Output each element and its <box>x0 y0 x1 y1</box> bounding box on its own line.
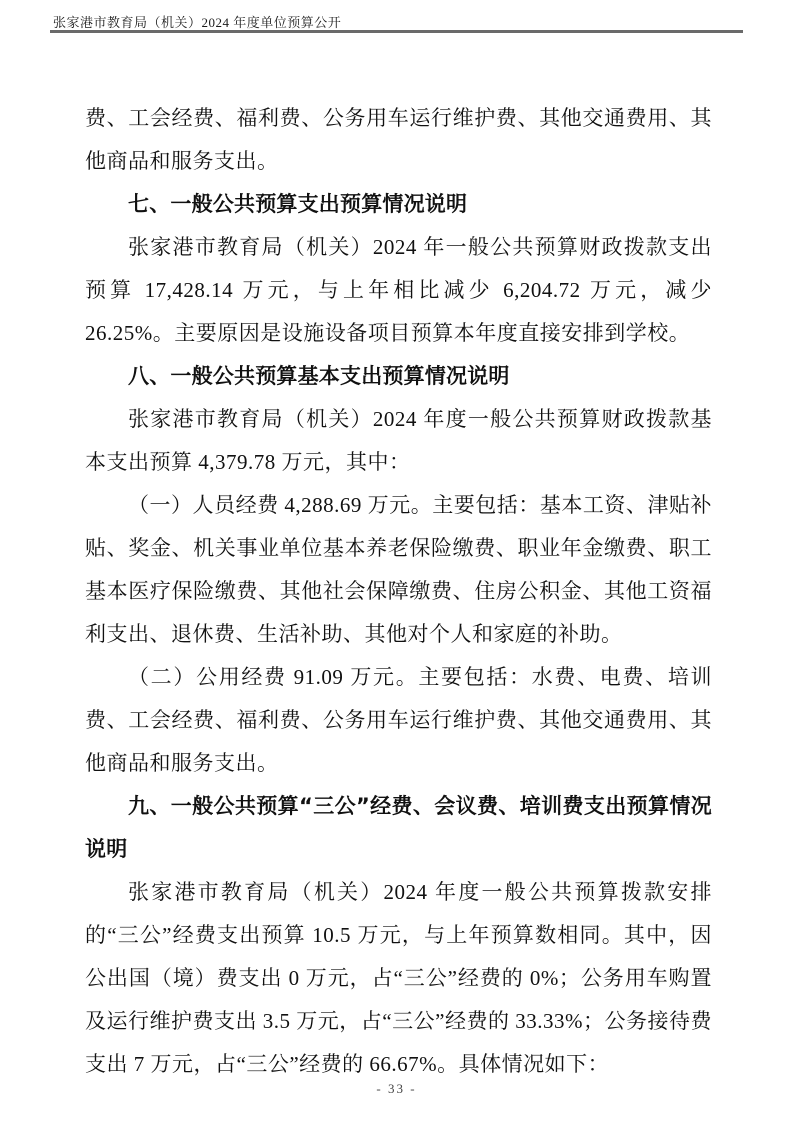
paragraph-section-8-basic-expenditure-total: 张家港市教育局（机关）2024 年度一般公共预算财政拨款基本支出预算 4,379… <box>85 398 712 484</box>
heading-section-7-general-budget-expenditure: 七、一般公共预算支出预算情况说明 <box>85 183 712 226</box>
paragraph-public-expense-items-continued: 费、工会经费、福利费、公务用车运行维护费、其他交通费用、其他商品和服务支出。 <box>85 97 712 183</box>
paragraph-personnel-expense-detail: （一）人员经费 4,288.69 万元。主要包括：基本工资、津贴补贴、奖金、机关… <box>85 484 712 656</box>
paragraph-section-9-three-public-expenses-detail: 张家港市教育局（机关）2024 年度一般公共预算拨款安排的“三公”经费支出预算 … <box>85 871 712 1086</box>
heading-section-8-basic-expenditure: 八、一般公共预算基本支出预算情况说明 <box>85 355 712 398</box>
paragraph-public-utility-expense-detail: （二）公用经费 91.09 万元。主要包括：水费、电费、培训费、工会经费、福利费… <box>85 656 712 785</box>
paragraph-section-7-expenditure-detail: 张家港市教育局（机关）2024 年一般公共预算财政拨款支出预算 17,428.1… <box>85 226 712 355</box>
page-number: - 33 - <box>0 1081 793 1097</box>
heading-section-9-three-public-expenses: 九、一般公共预算“三公”经费、会议费、培训费支出预算情况说明 <box>85 785 712 871</box>
page-header-title: 张家港市教育局（机关）2024 年度单位预算公开 <box>53 12 341 31</box>
document-page: 张家港市教育局（机关）2024 年度单位预算公开 费、工会经费、福利费、公务用车… <box>0 0 793 1122</box>
document-body: 费、工会经费、福利费、公务用车运行维护费、其他交通费用、其他商品和服务支出。 七… <box>85 97 712 1086</box>
header-rule-divider <box>50 30 743 33</box>
